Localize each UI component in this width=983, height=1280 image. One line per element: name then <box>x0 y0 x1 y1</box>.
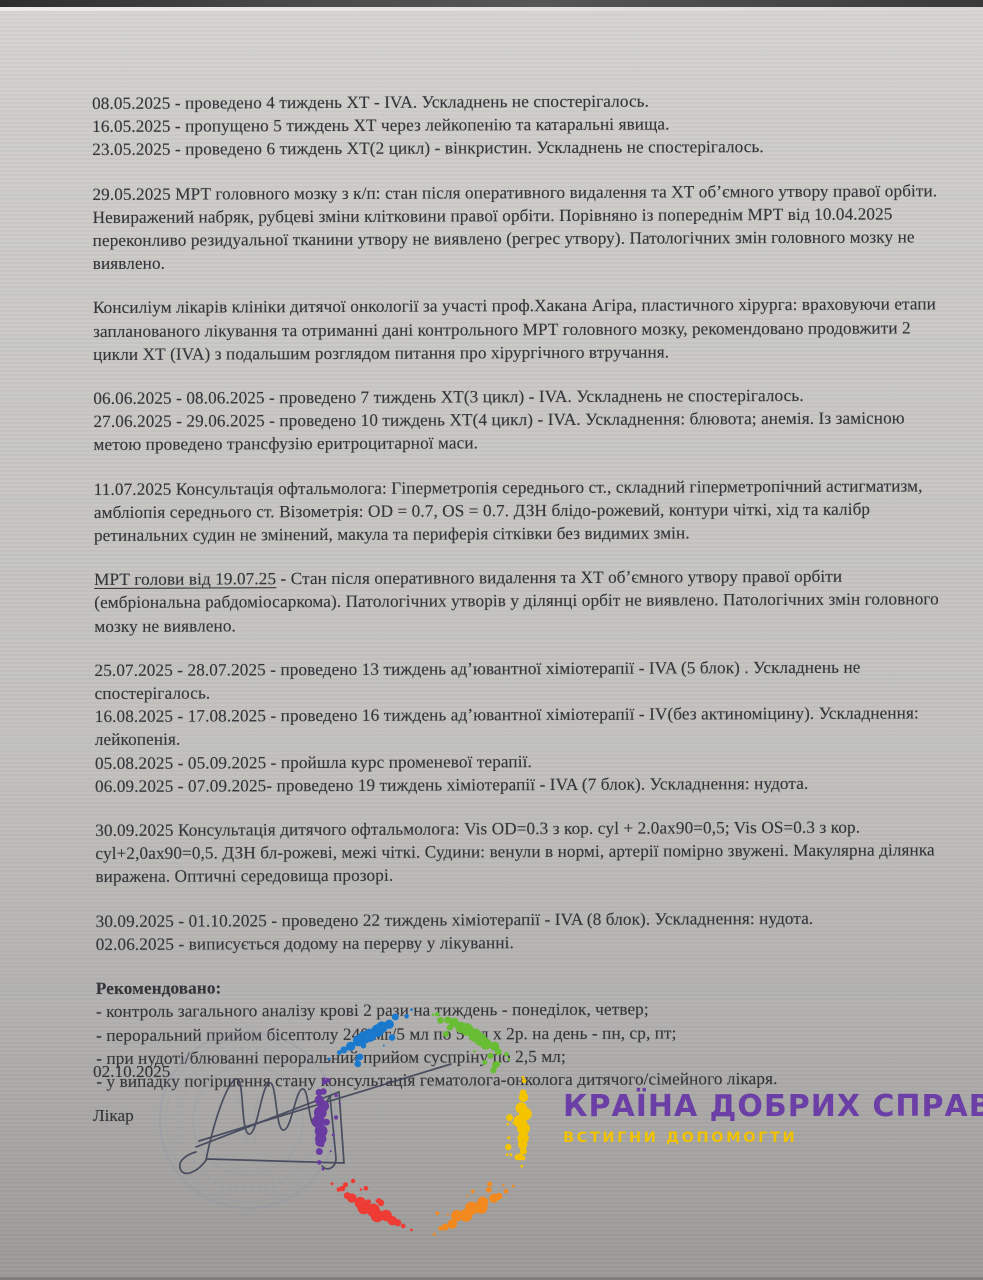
logo-dot-ring-icon <box>292 992 552 1252</box>
photo-top-edge <box>0 0 983 7</box>
paper-top-edge-highlight <box>0 7 983 11</box>
ophthalmologist-paragraph-1: 11.07.2025 Консультація офтальмолога: Гі… <box>94 474 948 547</box>
doctor-label: Лікар <box>93 1106 134 1126</box>
treatment-entry: 02.06.2025 - виписується додому на перер… <box>96 929 950 956</box>
treatment-entries-block-1: 08.05.2025 - проведено 4 тиждень ХТ - IV… <box>92 88 946 161</box>
consilium-paragraph: Консиліум лікарів клініки дитячої онколо… <box>93 293 947 366</box>
mri-report-paragraph: 29.05.2025 МРТ головного мозку з к/п: ст… <box>92 179 946 276</box>
charity-wordmark: КРАЇНА ДОБРИХ СПРАВ ВСТИГНИ ДОПОМОГТИ <box>563 1090 963 1146</box>
document-date: 02.10.2025 <box>93 1062 170 1082</box>
treatment-entry: 23.05.2025 - проведено 6 тиждень ХТ(2 ци… <box>92 135 946 162</box>
treatment-entry: 27.06.2025 - 29.06.2025 - проведено 10 т… <box>93 407 947 457</box>
treatment-entry: 06.09.2025 - 07.09.2025- проведено 19 ти… <box>95 771 949 798</box>
logo-title: КРАЇНА ДОБРИХ СПРАВ <box>563 1090 963 1124</box>
treatment-entries-block-3: 25.07.2025 - 28.07.2025 - проведено 13 т… <box>94 655 949 798</box>
mri-head-paragraph: МРТ голови від 19.07.25 - Стан після опе… <box>94 565 948 638</box>
mri-head-underlined-lead: МРТ голови від 19.07.25 <box>94 569 276 589</box>
treatment-entries-block-2: 06.06.2025 - 08.06.2025 - проведено 7 ти… <box>93 383 947 456</box>
treatment-entry: 16.08.2025 - 17.08.2025 - проведено 16 т… <box>95 702 949 752</box>
logo-subtitle: ВСТИГНИ ДОПОМОГТИ <box>563 1130 963 1146</box>
scanned-medical-document: 08.05.2025 - проведено 4 тиждень ХТ - IV… <box>0 0 983 1280</box>
treatment-entries-block-4: 30.09.2025 - 01.10.2025 - проведено 22 т… <box>96 906 950 956</box>
charity-logo <box>292 992 552 1252</box>
document-body: 08.05.2025 - проведено 4 тиждень ХТ - IV… <box>92 88 950 1114</box>
treatment-entry: 25.07.2025 - 28.07.2025 - проведено 13 т… <box>94 655 948 705</box>
ophthalmologist-paragraph-2: 30.09.2025 Консультація дитячого офтальм… <box>95 815 949 888</box>
